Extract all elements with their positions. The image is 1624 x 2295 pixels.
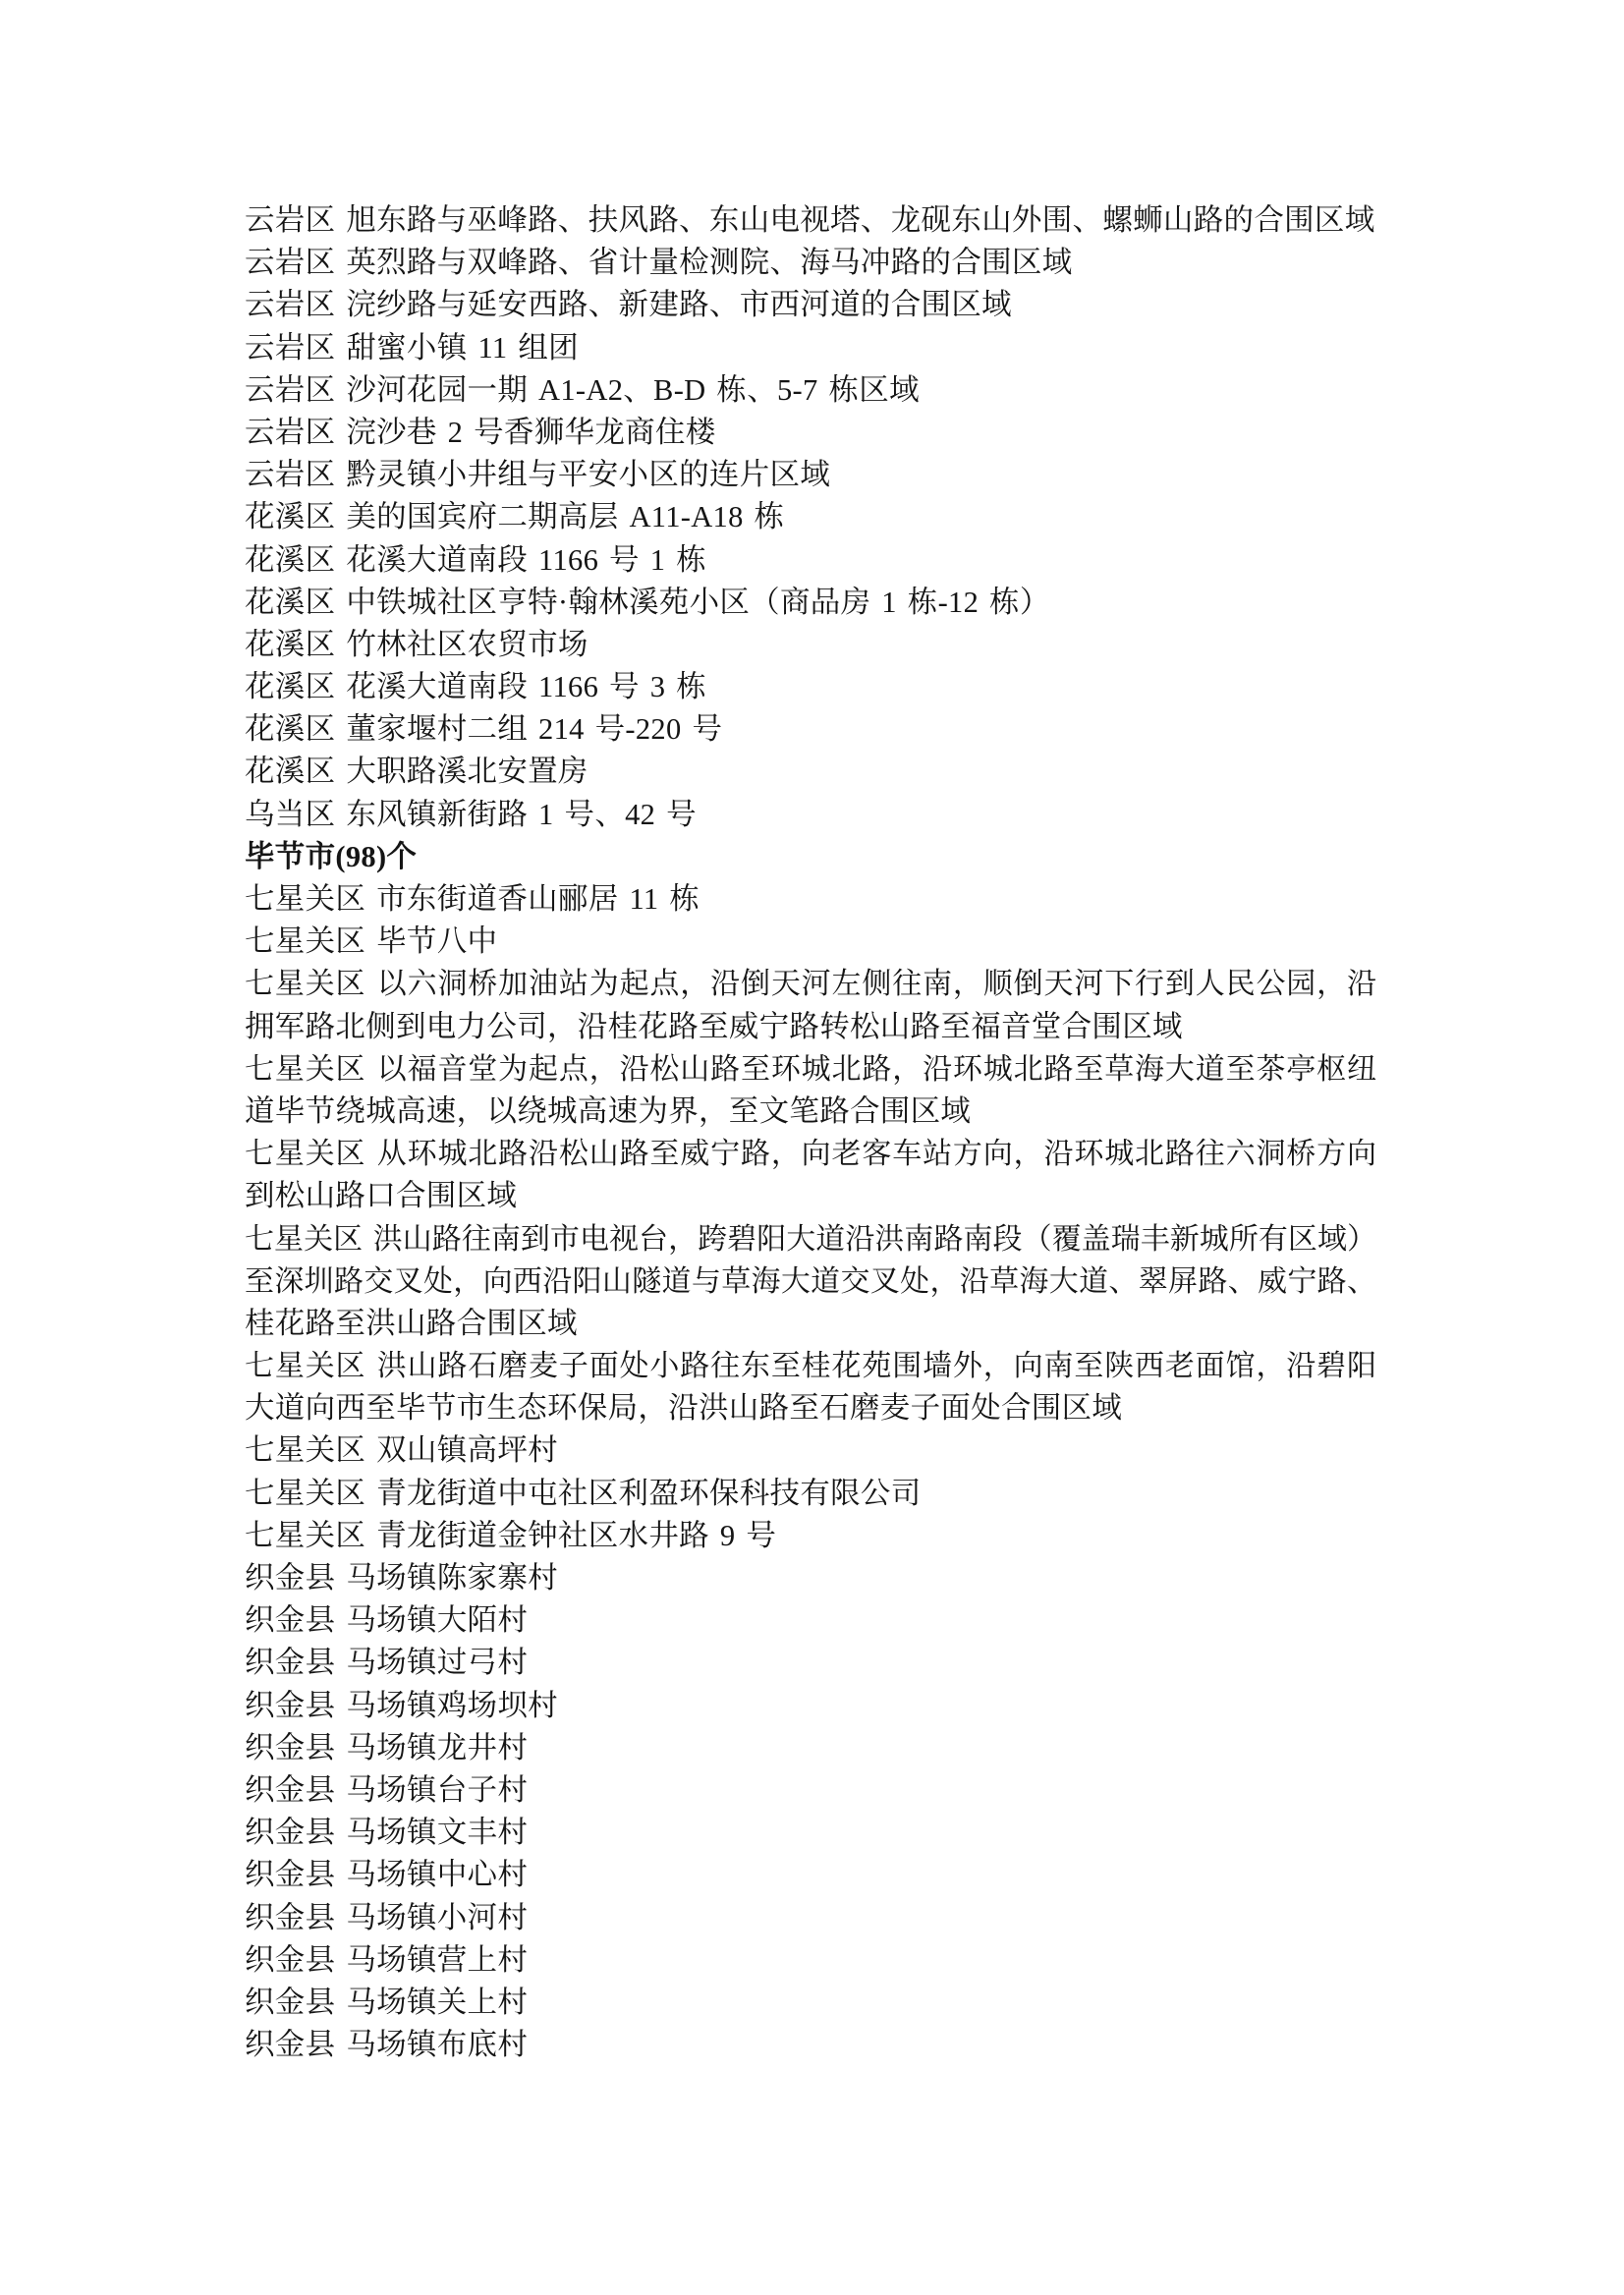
list-item: 七星关区 洪山路石磨麦子面处小路往东至桂花苑围墙外，向南至陕西老面馆，沿碧阳 <box>245 1345 1376 1387</box>
list-item: 到松山路口合围区域 <box>245 1175 1376 1217</box>
list-item: 乌当区 东风镇新街路 1 号、42 号 <box>245 794 1376 836</box>
list-item: 大道向西至毕节市生态环保局，沿洪山路至石磨麦子面处合围区域 <box>245 1387 1376 1429</box>
list-item: 织金县 马场镇鸡场坝村 <box>245 1685 1376 1727</box>
list-item: 桂花路至洪山路合围区域 <box>245 1303 1376 1345</box>
list-item: 七星关区 市东街道香山郦居 11 栋 <box>245 878 1376 921</box>
list-item: 七星关区 青龙街道金钟社区水井路 9 号 <box>245 1515 1376 1557</box>
list-item: 织金县 马场镇过弓村 <box>245 1642 1376 1684</box>
list-item: 织金县 马场镇布底村 <box>245 2024 1376 2066</box>
list-item: 云岩区 浣纱路与延安西路、新建路、市西河道的合围区域 <box>245 284 1376 326</box>
list-item: 花溪区 大职路溪北安置房 <box>245 751 1376 793</box>
list-item: 织金县 马场镇台子村 <box>245 1769 1376 1812</box>
list-item: 织金县 马场镇陈家寨村 <box>245 1557 1376 1599</box>
list-item: 花溪区 竹林社区农贸市场 <box>245 624 1376 666</box>
list-item: 花溪区 花溪大道南段 1166 号 3 栋 <box>245 666 1376 708</box>
list-item: 七星关区 毕节八中 <box>245 921 1376 963</box>
list-item: 七星关区 洪山路往南到市电视台，跨碧阳大道沿洪南路南段（覆盖瑞丰新城所有区域） <box>245 1218 1376 1260</box>
list-item: 织金县 马场镇关上村 <box>245 1982 1376 2024</box>
list-item: 七星关区 青龙街道中屯社区利盈环保科技有限公司 <box>245 1473 1376 1515</box>
list-item: 织金县 马场镇龙井村 <box>245 1727 1376 1769</box>
list-item: 织金县 马场镇文丰村 <box>245 1812 1376 1854</box>
risk-area-list: 云岩区 旭东路与巫峰路、扶风路、东山电视塔、龙砚东山外围、螺蛳山路的合围区域云岩… <box>245 199 1376 2066</box>
list-item: 七星关区 双山镇高坪村 <box>245 1429 1376 1472</box>
list-item: 花溪区 董家堰村二组 214 号-220 号 <box>245 708 1376 751</box>
list-item: 云岩区 旭东路与巫峰路、扶风路、东山电视塔、龙砚东山外围、螺蛳山路的合围区域 <box>245 199 1376 242</box>
list-item: 云岩区 黔灵镇小井组与平安小区的连片区域 <box>245 454 1376 496</box>
list-item: 至深圳路交叉处，向西沿阳山隧道与草海大道交叉处，沿草海大道、翠屏路、威宁路、 <box>245 1260 1376 1303</box>
list-item: 云岩区 甜蜜小镇 11 组团 <box>245 327 1376 369</box>
list-item: 七星关区 以六洞桥加油站为起点，沿倒天河左侧往南，顺倒天河下行到人民公园，沿 <box>245 963 1376 1005</box>
list-item: 织金县 马场镇营上村 <box>245 1939 1376 1982</box>
list-item: 七星关区 从环城北路沿松山路至威宁路，向老客车站方向，沿环城北路往六洞桥方向 <box>245 1133 1376 1175</box>
list-item: 织金县 马场镇小河村 <box>245 1897 1376 1939</box>
list-item: 道毕节绕城高速，以绕城高速为界，至文笔路合围区域 <box>245 1091 1376 1133</box>
list-item: 拥军路北侧到电力公司，沿桂花路至威宁路转松山路至福音堂合围区域 <box>245 1006 1376 1048</box>
list-item: 七星关区 以福音堂为起点，沿松山路至环城北路，沿环城北路至草海大道至茶亭枢纽 <box>245 1048 1376 1091</box>
list-item: 花溪区 花溪大道南段 1166 号 1 栋 <box>245 539 1376 582</box>
list-item: 织金县 马场镇大陌村 <box>245 1599 1376 1642</box>
document-page: 云岩区 旭东路与巫峰路、扶风路、东山电视塔、龙砚东山外围、螺蛳山路的合围区域云岩… <box>0 0 1624 2295</box>
list-item: 云岩区 英烈路与双峰路、省计量检测院、海马冲路的合围区域 <box>245 242 1376 284</box>
list-item: 云岩区 浣沙巷 2 号香狮华龙商住楼 <box>245 412 1376 454</box>
list-item: 花溪区 中铁城社区亨特·翰林溪苑小区（商品房 1 栋-12 栋） <box>245 582 1376 624</box>
list-item: 云岩区 沙河花园一期 A1-A2、B-D 栋、5-7 栋区域 <box>245 369 1376 412</box>
section-header: 毕节市(98)个 <box>245 836 1376 878</box>
list-item: 织金县 马场镇中心村 <box>245 1854 1376 1896</box>
list-item: 花溪区 美的国宾府二期高层 A11-A18 栋 <box>245 496 1376 538</box>
